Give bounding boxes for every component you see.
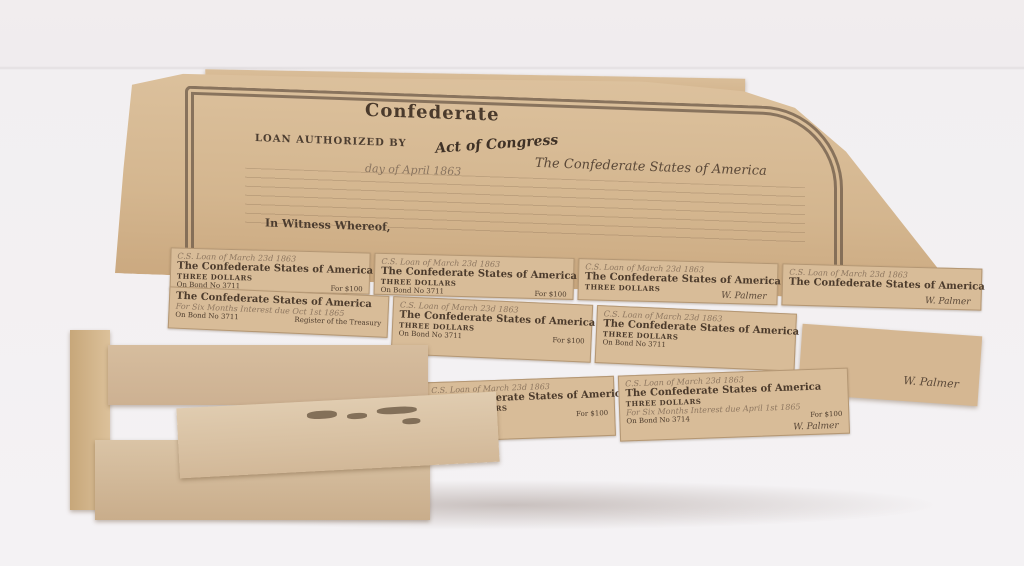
coupon-amount: For $100 — [810, 410, 842, 419]
coupon-amount: For $100 — [330, 285, 362, 294]
coupon-bond: On Bond No 3711 — [175, 311, 239, 322]
coupon: C.S. Loan of March 23d 1863 The Confeder… — [595, 305, 797, 372]
coupon: The Confederate States of America For Si… — [168, 286, 390, 338]
coupon: C.S. Loan of March 23d 1863 The Confeder… — [577, 258, 778, 305]
coupon-amount: For $100 — [576, 409, 608, 418]
folded-paper-top — [108, 345, 428, 405]
stain — [307, 410, 337, 420]
coupon-amount: For $100 — [534, 290, 566, 299]
coupon: C.S. Loan of March 23d 1863 The Confeder… — [618, 368, 850, 442]
coupon-signature: W. Palmer — [903, 374, 959, 391]
stain — [347, 412, 367, 419]
coupon-signature: W. Palmer — [721, 291, 767, 302]
coupon-signature: W. Palmer — [793, 421, 839, 433]
stain — [402, 418, 420, 425]
coupon-bond: On Bond No 3714 — [626, 415, 690, 425]
coupon-amount: For $100 — [552, 336, 584, 345]
coupon-bond: On Bond No 3711 — [602, 338, 666, 349]
coupon: C.S. Loan of March 23d 1863 The Confeder… — [781, 263, 982, 310]
coupon-bond: On Bond No 3711 — [381, 286, 445, 296]
coupon: C.S. Loan of March 23d 1863 The Confeder… — [374, 253, 575, 300]
stain — [377, 406, 417, 415]
coupon-signature: W. Palmer — [925, 296, 971, 307]
coupon-bond: On Bond No 3711 — [399, 329, 463, 340]
